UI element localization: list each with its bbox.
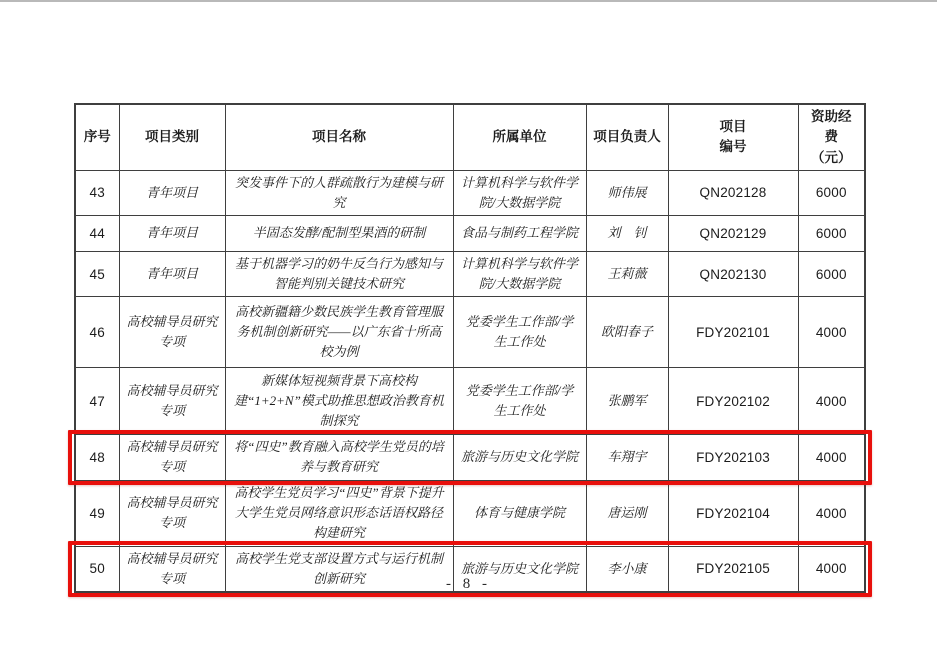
project-name-cell: 基于机器学习的奶牛反刍行为感知与智能判别关键技术研究: [225, 252, 453, 297]
table-row: 46高校辅导员研究专项高校新疆籍少数民族学生教育管理服务机制创新研究——以广东省…: [75, 297, 865, 368]
leader-cell: 唐运刚: [586, 480, 668, 546]
projects-table-container: 序号项目类别项目名称所属单位项目负责人项目 编号资助经费 （元） 43青年项目突…: [74, 103, 864, 593]
row-number-cell: 48: [75, 435, 119, 480]
header-name: 项目名称: [225, 104, 453, 170]
unit-cell: 党委学生工作部/学生工作处: [453, 297, 586, 368]
header-leader: 项目负责人: [586, 104, 668, 170]
row-number-cell: 44: [75, 216, 119, 252]
project-code-cell: FDY202104: [668, 480, 798, 546]
table-row: 44青年项目半固态发酵/配制型果酒的研制食品与制药工程学院刘 钊QN202129…: [75, 216, 865, 252]
leader-cell: 刘 钊: [586, 216, 668, 252]
page-top-edge: [0, 0, 937, 2]
leader-cell: 张鹏军: [586, 368, 668, 435]
leader-cell: 师伟展: [586, 170, 668, 215]
table-row: 43青年项目突发事件下的人群疏散行为建模与研究计算机科学与软件学院/大数据学院师…: [75, 170, 865, 215]
row-number-cell: 43: [75, 170, 119, 215]
project-name-cell: 半固态发酵/配制型果酒的研制: [225, 216, 453, 252]
row-number-cell: 46: [75, 297, 119, 368]
fund-cell: 4000: [798, 435, 865, 480]
leader-cell: 车翔宇: [586, 435, 668, 480]
project-name-cell: 突发事件下的人群疏散行为建模与研究: [225, 170, 453, 215]
fund-cell: 4000: [798, 480, 865, 546]
unit-cell: 旅游与历史文化学院: [453, 435, 586, 480]
project-code-cell: FDY202102: [668, 368, 798, 435]
unit-cell: 计算机科学与软件学院/大数据学院: [453, 252, 586, 297]
row-number-cell: 47: [75, 368, 119, 435]
leader-cell: 欧阳春子: [586, 297, 668, 368]
project-code-cell: QN202129: [668, 216, 798, 252]
header-fund: 资助经费 （元）: [798, 104, 865, 170]
category-cell: 青年项目: [119, 252, 225, 297]
table-header-row: 序号项目类别项目名称所属单位项目负责人项目 编号资助经费 （元）: [75, 104, 865, 170]
fund-cell: 4000: [798, 297, 865, 368]
category-cell: 高校辅导员研究专项: [119, 480, 225, 546]
unit-cell: 体育与健康学院: [453, 480, 586, 546]
category-cell: 高校辅导员研究专项: [119, 368, 225, 435]
row-number-cell: 49: [75, 480, 119, 546]
category-cell: 青年项目: [119, 170, 225, 215]
header-category: 项目类别: [119, 104, 225, 170]
unit-cell: 计算机科学与软件学院/大数据学院: [453, 170, 586, 215]
fund-cell: 6000: [798, 216, 865, 252]
header-no: 序号: [75, 104, 119, 170]
category-cell: 青年项目: [119, 216, 225, 252]
row-number-cell: 45: [75, 252, 119, 297]
projects-table: 序号项目类别项目名称所属单位项目负责人项目 编号资助经费 （元） 43青年项目突…: [74, 103, 866, 593]
header-unit: 所属单位: [453, 104, 586, 170]
category-cell: 高校辅导员研究专项: [119, 297, 225, 368]
project-code-cell: QN202130: [668, 252, 798, 297]
unit-cell: 食品与制药工程学院: [453, 216, 586, 252]
fund-cell: 4000: [798, 368, 865, 435]
table-row: 49高校辅导员研究专项高校学生党员学习“四史”背景下提升大学生党员网络意识形态话…: [75, 480, 865, 546]
project-name-cell: 高校新疆籍少数民族学生教育管理服务机制创新研究——以广东省十所高校为例: [225, 297, 453, 368]
project-name-cell: 将“四史”教育融入高校学生党员的培养与教育研究: [225, 435, 453, 480]
fund-cell: 6000: [798, 170, 865, 215]
unit-cell: 党委学生工作部/学生工作处: [453, 368, 586, 435]
project-code-cell: FDY202101: [668, 297, 798, 368]
table-row: 48高校辅导员研究专项将“四史”教育融入高校学生党员的培养与教育研究旅游与历史文…: [75, 435, 865, 480]
project-code-cell: QN202128: [668, 170, 798, 215]
leader-cell: 王莉薇: [586, 252, 668, 297]
project-code-cell: FDY202103: [668, 435, 798, 480]
header-code: 项目 编号: [668, 104, 798, 170]
project-name-cell: 新媒体短视频背景下高校构建“1+2+N”模式助推思想政治教育机制探究: [225, 368, 453, 435]
table-body: 43青年项目突发事件下的人群疏散行为建模与研究计算机科学与软件学院/大数据学院师…: [75, 170, 865, 592]
fund-cell: 6000: [798, 252, 865, 297]
category-cell: 高校辅导员研究专项: [119, 435, 225, 480]
page-number: - 8 -: [0, 576, 937, 593]
project-name-cell: 高校学生党员学习“四史”背景下提升大学生党员网络意识形态话语权路径构建研究: [225, 480, 453, 546]
table-row: 45青年项目基于机器学习的奶牛反刍行为感知与智能判别关键技术研究计算机科学与软件…: [75, 252, 865, 297]
table-row: 47高校辅导员研究专项新媒体短视频背景下高校构建“1+2+N”模式助推思想政治教…: [75, 368, 865, 435]
